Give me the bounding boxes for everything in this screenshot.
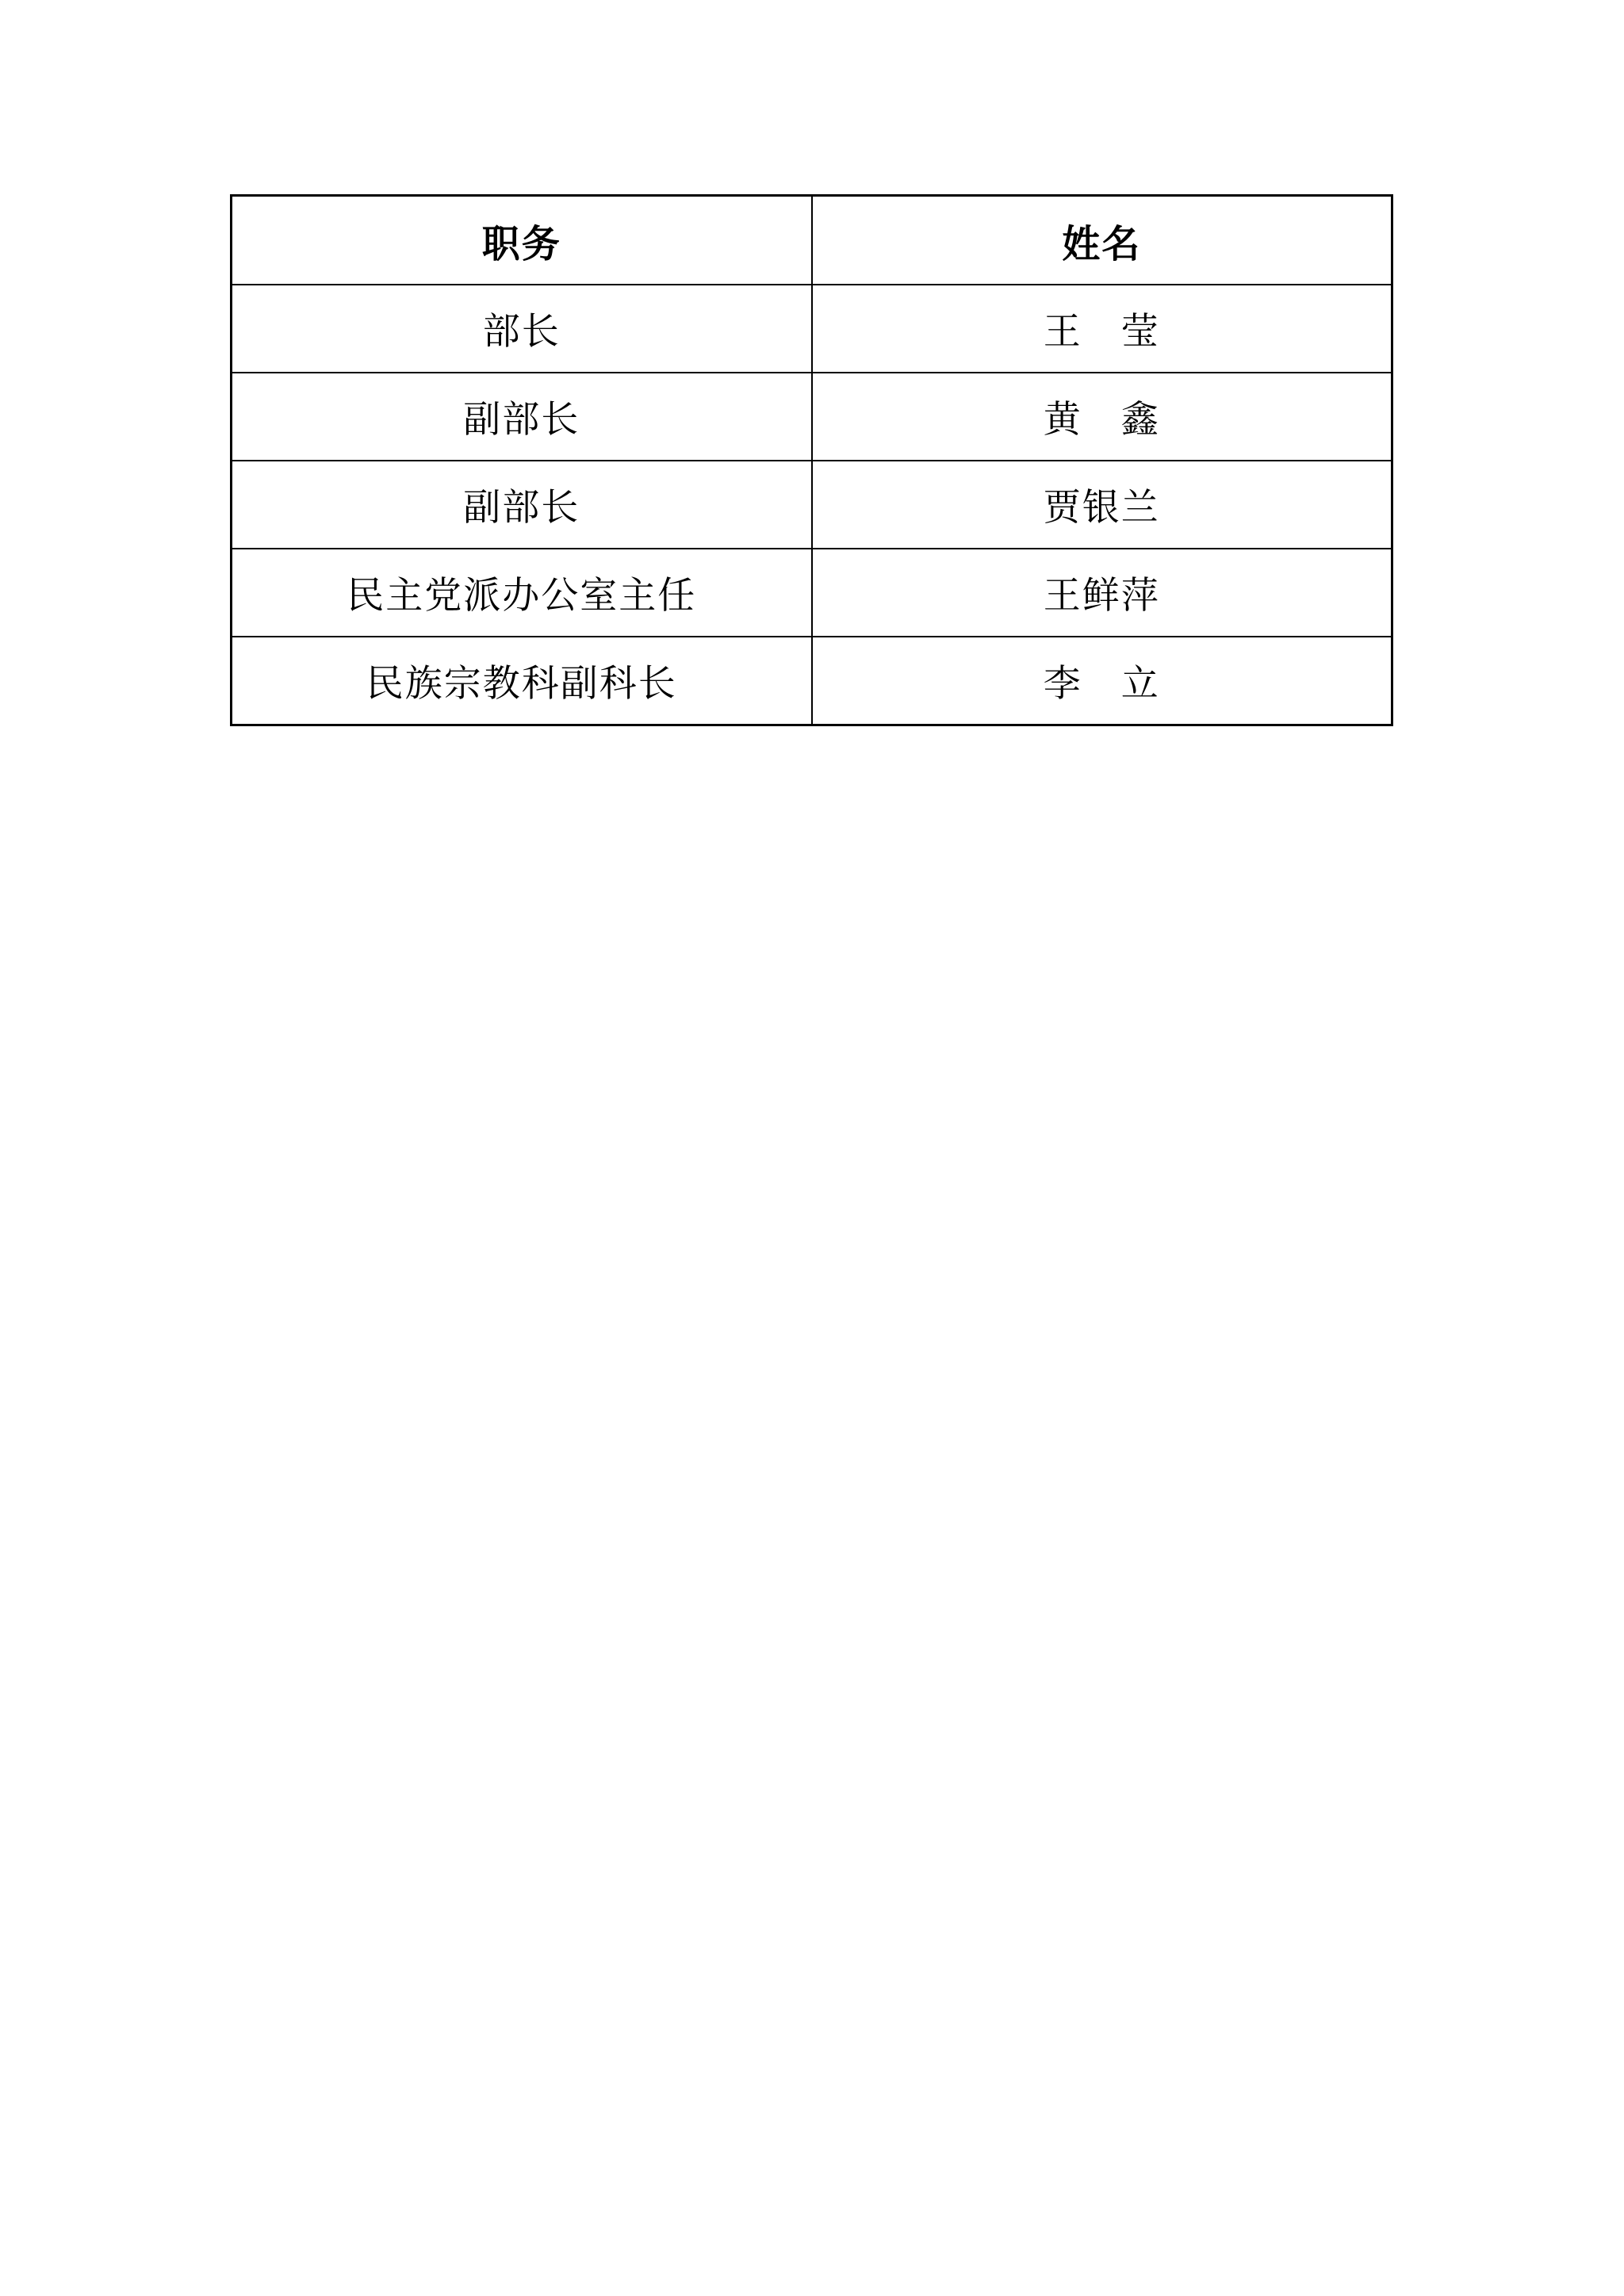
name-cell: 黄 鑫: [812, 373, 1392, 461]
name-cell: 贾银兰: [812, 461, 1392, 549]
name-cell: 王鲜萍: [812, 549, 1392, 637]
position-cell: 副部长: [232, 373, 812, 461]
position-cell: 副部长: [232, 461, 812, 549]
position-cell: 民族宗教科副科长: [232, 637, 812, 725]
document-page: 职务 姓名 部长 王 莹 副部长 黄 鑫 副部长 贾银兰 民主党派办公室主任 王…: [0, 0, 1624, 2296]
staff-roster-table: 职务 姓名 部长 王 莹 副部长 黄 鑫 副部长 贾银兰 民主党派办公室主任 王…: [230, 194, 1393, 726]
name-cell: 李 立: [812, 637, 1392, 725]
table-row: 副部长 黄 鑫: [232, 373, 1392, 461]
table-header-row: 职务 姓名: [232, 196, 1392, 285]
table-row: 副部长 贾银兰: [232, 461, 1392, 549]
position-cell: 民主党派办公室主任: [232, 549, 812, 637]
position-cell: 部长: [232, 285, 812, 373]
table-row: 部长 王 莹: [232, 285, 1392, 373]
name-cell: 王 莹: [812, 285, 1392, 373]
table-row: 民主党派办公室主任 王鲜萍: [232, 549, 1392, 637]
table-row: 民族宗教科副科长 李 立: [232, 637, 1392, 725]
col-header-position: 职务: [232, 196, 812, 285]
col-header-name: 姓名: [812, 196, 1392, 285]
